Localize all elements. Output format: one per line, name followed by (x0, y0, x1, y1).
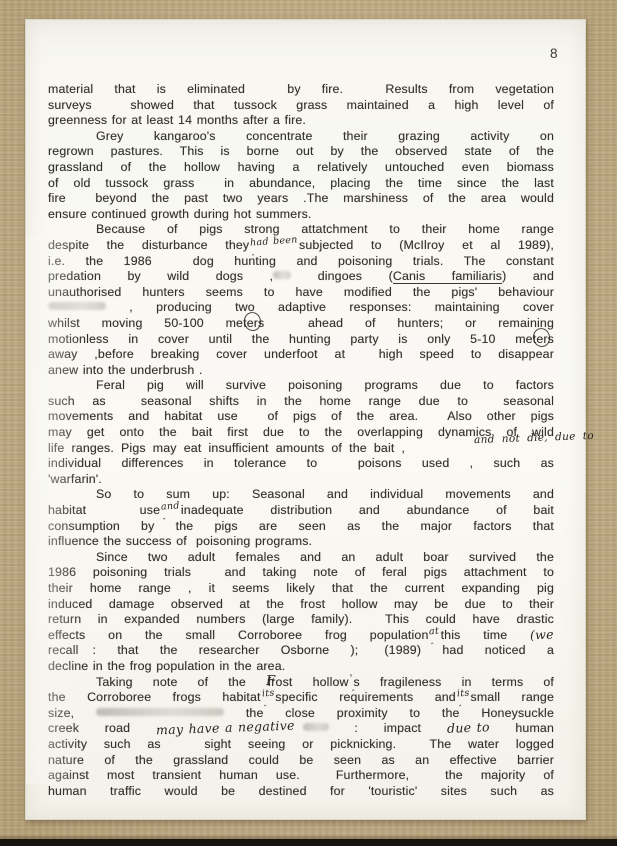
typed-text: regrown pastures. This is borne out by t… (48, 144, 554, 158)
ink-smudge (48, 302, 106, 310)
typed-text: this time (441, 628, 531, 642)
page-number: 8 (550, 46, 558, 61)
typed-text: grassland of the hollow having a relativ… (48, 160, 554, 174)
typed-text: s ahead of hunters; or remaining (258, 316, 554, 330)
text-line: recall: that the researcher Osborne );(1… (48, 643, 554, 659)
typed-text: anew into the underbrush . (48, 363, 203, 377)
typed-text: such as seasonal shifts in the home rang… (48, 394, 554, 408)
ink-smudge (303, 723, 329, 731)
text-line: surveys showed that tussock grass mainta… (48, 98, 554, 114)
handwritten-annotation: (we (530, 628, 554, 641)
handwritten-annotation: due to (447, 722, 490, 736)
text-line: unauthorised hunters seems to have modif… (48, 285, 554, 301)
text-line: Since two adult females and an adult boa… (48, 550, 554, 566)
handwritten-insertion: its (457, 689, 470, 699)
text-line: activity such as sight seeing or picknic… (48, 737, 554, 753)
typed-text: So to sum up: Seasonal and individual mo… (96, 487, 554, 501)
text-line: 1986 poisoning trials and taking note of… (48, 565, 554, 581)
typed-gap (358, 653, 384, 654)
typed-text: greenness for at least 14 months after a… (48, 113, 306, 127)
typed-text: Since two adult females and an adult boa… (96, 550, 554, 564)
photo-bottom-edge (0, 839, 617, 846)
text-line: Feral pig will survive poisoning program… (48, 378, 554, 394)
typed-text: activity such as (48, 737, 178, 751)
text-line: 'warfarin'. (48, 472, 554, 488)
text-line: decline in the frog population in the ar… (48, 659, 554, 675)
typed-text: ) and (502, 269, 554, 283)
text-line: their home range , it seems likely that … (48, 581, 554, 597)
typed-text: individual differences in tolerance to p… (48, 456, 554, 470)
text-line: individual differences in tolerance to p… (48, 456, 554, 472)
typed-text: induced damage observed at the frost hol… (48, 597, 554, 611)
typed-text: fire beyond the past two years .The mars… (48, 191, 554, 205)
text-line: life ranges. Pigs may eat insufficient a… (48, 441, 554, 457)
typed-text: nature of the grassland could be seen as… (48, 753, 554, 767)
text-line: against most transient human use. Furthe… (48, 768, 554, 784)
handwritten-insertion: and (161, 501, 180, 512)
text-line: movements and habitat use of pigs of the… (48, 409, 554, 425)
typed-text: s fragileness in terms of (354, 675, 554, 689)
typed-text: Grey kangaroo's concentrate their grazin… (96, 129, 554, 143)
photo-background: 8 material that is eliminated by fire. R… (0, 0, 617, 846)
typed-text: despite the disturbance they (48, 238, 249, 252)
typed-text: Because of pigs strong attatchment to th… (96, 222, 554, 236)
typed-text: dingoes ( (291, 269, 393, 283)
typed-text: inadequate distribution and abundance of… (181, 503, 554, 517)
text-line: fire beyond the past two years .The mars… (48, 191, 554, 207)
typed-gap (295, 731, 303, 732)
typed-text: their home range , it seems likely that … (48, 581, 554, 595)
typed-text: consumption by the pigs are seen as the … (48, 519, 554, 533)
typed-text: small range (470, 690, 554, 704)
typed-text: : that the researcher Osborne ); (93, 643, 359, 657)
text-line: return in expanded numbers (large family… (48, 612, 554, 628)
ink-smudge (273, 271, 291, 279)
text-line: , producing two adaptive responses: main… (48, 300, 554, 316)
text-line: anew into the underbrush . (48, 363, 554, 379)
typed-text: i.e. the 1986 dog hunting and poisoning … (48, 254, 554, 268)
handwritten-insertion: ' (349, 673, 353, 683)
document-page: 8 material that is eliminated by fire. R… (25, 19, 586, 820)
typed-gap (178, 747, 188, 748)
typed-text: (1989) had noticed a (384, 643, 554, 657)
text-line: greenness for at least 14 months after a… (48, 113, 554, 129)
handwritten-margin-note: and not die, due to (474, 431, 594, 446)
text-line: effects on the small Corroboree frog pop… (48, 628, 554, 644)
text-line: predation by wild dogs , dingoes (Canis … (48, 269, 554, 285)
typed-text: decline in the frog population in the ar… (48, 659, 285, 673)
species-name-underlined: Canis familiaris (393, 269, 502, 284)
typed-text: unauthorised hunters seems to have modif… (48, 285, 554, 299)
text-line: regrown pastures. This is borne out by t… (48, 144, 554, 160)
text-line: motionless in cover until the hunting pa… (48, 332, 554, 348)
typed-text: habitat use (48, 503, 160, 517)
handwritten-insertion: had been (250, 235, 298, 248)
text-line: i.e. the 1986 dog hunting and poisoning … (48, 254, 554, 270)
typed-text: size, (48, 706, 96, 720)
transposition-marked-text: er (536, 332, 547, 346)
handwritten-annotation: F (266, 674, 276, 688)
ink-smudge (96, 708, 224, 716)
text-line: creek road may have a negative : impact … (48, 721, 554, 737)
typed-text: movements and habitat use of pigs of the… (48, 409, 554, 423)
typed-text: ensure continued growth during hot summe… (48, 207, 312, 221)
text-line: the Corroboree frogs habitatitsspecific … (48, 690, 554, 706)
text-line: such as seasonal shifts in the home rang… (48, 394, 554, 410)
text-line: habitat useandinadequate distribution an… (48, 503, 554, 519)
text-line: consumption by the pigs are seen as the … (48, 519, 554, 535)
text-line: influence the success of poisoning progr… (48, 534, 554, 550)
typed-text: predation by wild dogs , (48, 269, 273, 283)
page-text: material that is eliminated by fire. Res… (48, 82, 554, 799)
typed-text: influence the success of poisoning progr… (48, 534, 312, 548)
typed-text: of old tussock grass in abundance, placi… (48, 176, 554, 190)
typed-text: the Corroboree frogs habitat (48, 690, 261, 704)
text-line: ensure continued growth during hot summe… (48, 207, 554, 223)
typed-text: away ,before breaking cover underfoot at… (48, 347, 554, 361)
typed-text: effects on the small Corroboree frog pop… (48, 628, 428, 642)
handwritten-insertion: its (261, 689, 274, 699)
typed-text: life ranges. Pigs may eat insufficient a… (48, 441, 405, 455)
text-line: material that is eliminated by fire. Res… (48, 82, 554, 98)
text-line: grassland of the hollow having a relativ… (48, 160, 554, 176)
typed-text: material that is eliminated by fire. Res… (48, 82, 554, 96)
text-line: away ,before breaking cover underfoot at… (48, 347, 554, 363)
text-line: Grey kangaroo's concentrate their grazin… (48, 129, 554, 145)
typed-text: human (490, 721, 554, 735)
handwritten-insertion: at (429, 626, 440, 636)
typed-text: whilst moving 50-100 met (48, 316, 247, 330)
typed-text: recall (48, 643, 79, 657)
text-line: whilst moving 50-100 meters ahead of hun… (48, 316, 554, 332)
transposition-marked-text: er (247, 316, 258, 330)
typed-text: 1986 poisoning trials and taking note of… (48, 565, 554, 579)
typed-text: motionless in cover until the hunting pa… (48, 332, 536, 346)
typed-gap (79, 653, 93, 654)
typed-text: , producing two adaptive responses: main… (106, 300, 554, 314)
handwritten-annotation: may have a negative (156, 720, 295, 737)
typed-text: Taking note of the (96, 675, 266, 689)
typed-text: 'warfarin'. (48, 472, 102, 486)
typed-text: human traffic would be destined for 'tou… (48, 784, 554, 798)
typed-text: against most transient human use. Furthe… (48, 768, 554, 782)
text-line: nature of the grassland could be seen as… (48, 753, 554, 769)
text-line: induced damage observed at the frost hol… (48, 597, 554, 613)
text-line: human traffic would be destined for 'tou… (48, 784, 554, 800)
text-line: Because of pigs strong attatchment to th… (48, 222, 554, 238)
typed-text: sight seeing or picknicking. The water l… (188, 737, 554, 751)
text-line: Taking note of the Ffrost hollow's fragi… (48, 675, 554, 691)
typed-text: subjected to (McIlroy et al 1989), (299, 238, 554, 252)
text-line: despite the disturbance theyhad beensubj… (48, 238, 554, 254)
typed-text: : impact (329, 721, 447, 735)
typed-text: creek road (48, 721, 156, 735)
text-line: of old tussock grass in abundance, placi… (48, 176, 554, 192)
typed-text: surveys showed that tussock grass mainta… (48, 98, 554, 112)
typed-text: Feral pig will survive poisoning program… (96, 378, 554, 392)
typed-text: frost hollow (268, 675, 349, 689)
text-line: So to sum up: Seasonal and individual mo… (48, 487, 554, 503)
typed-text: specific requirements and (275, 690, 456, 704)
typed-text: return in expanded numbers (large family… (48, 612, 554, 626)
